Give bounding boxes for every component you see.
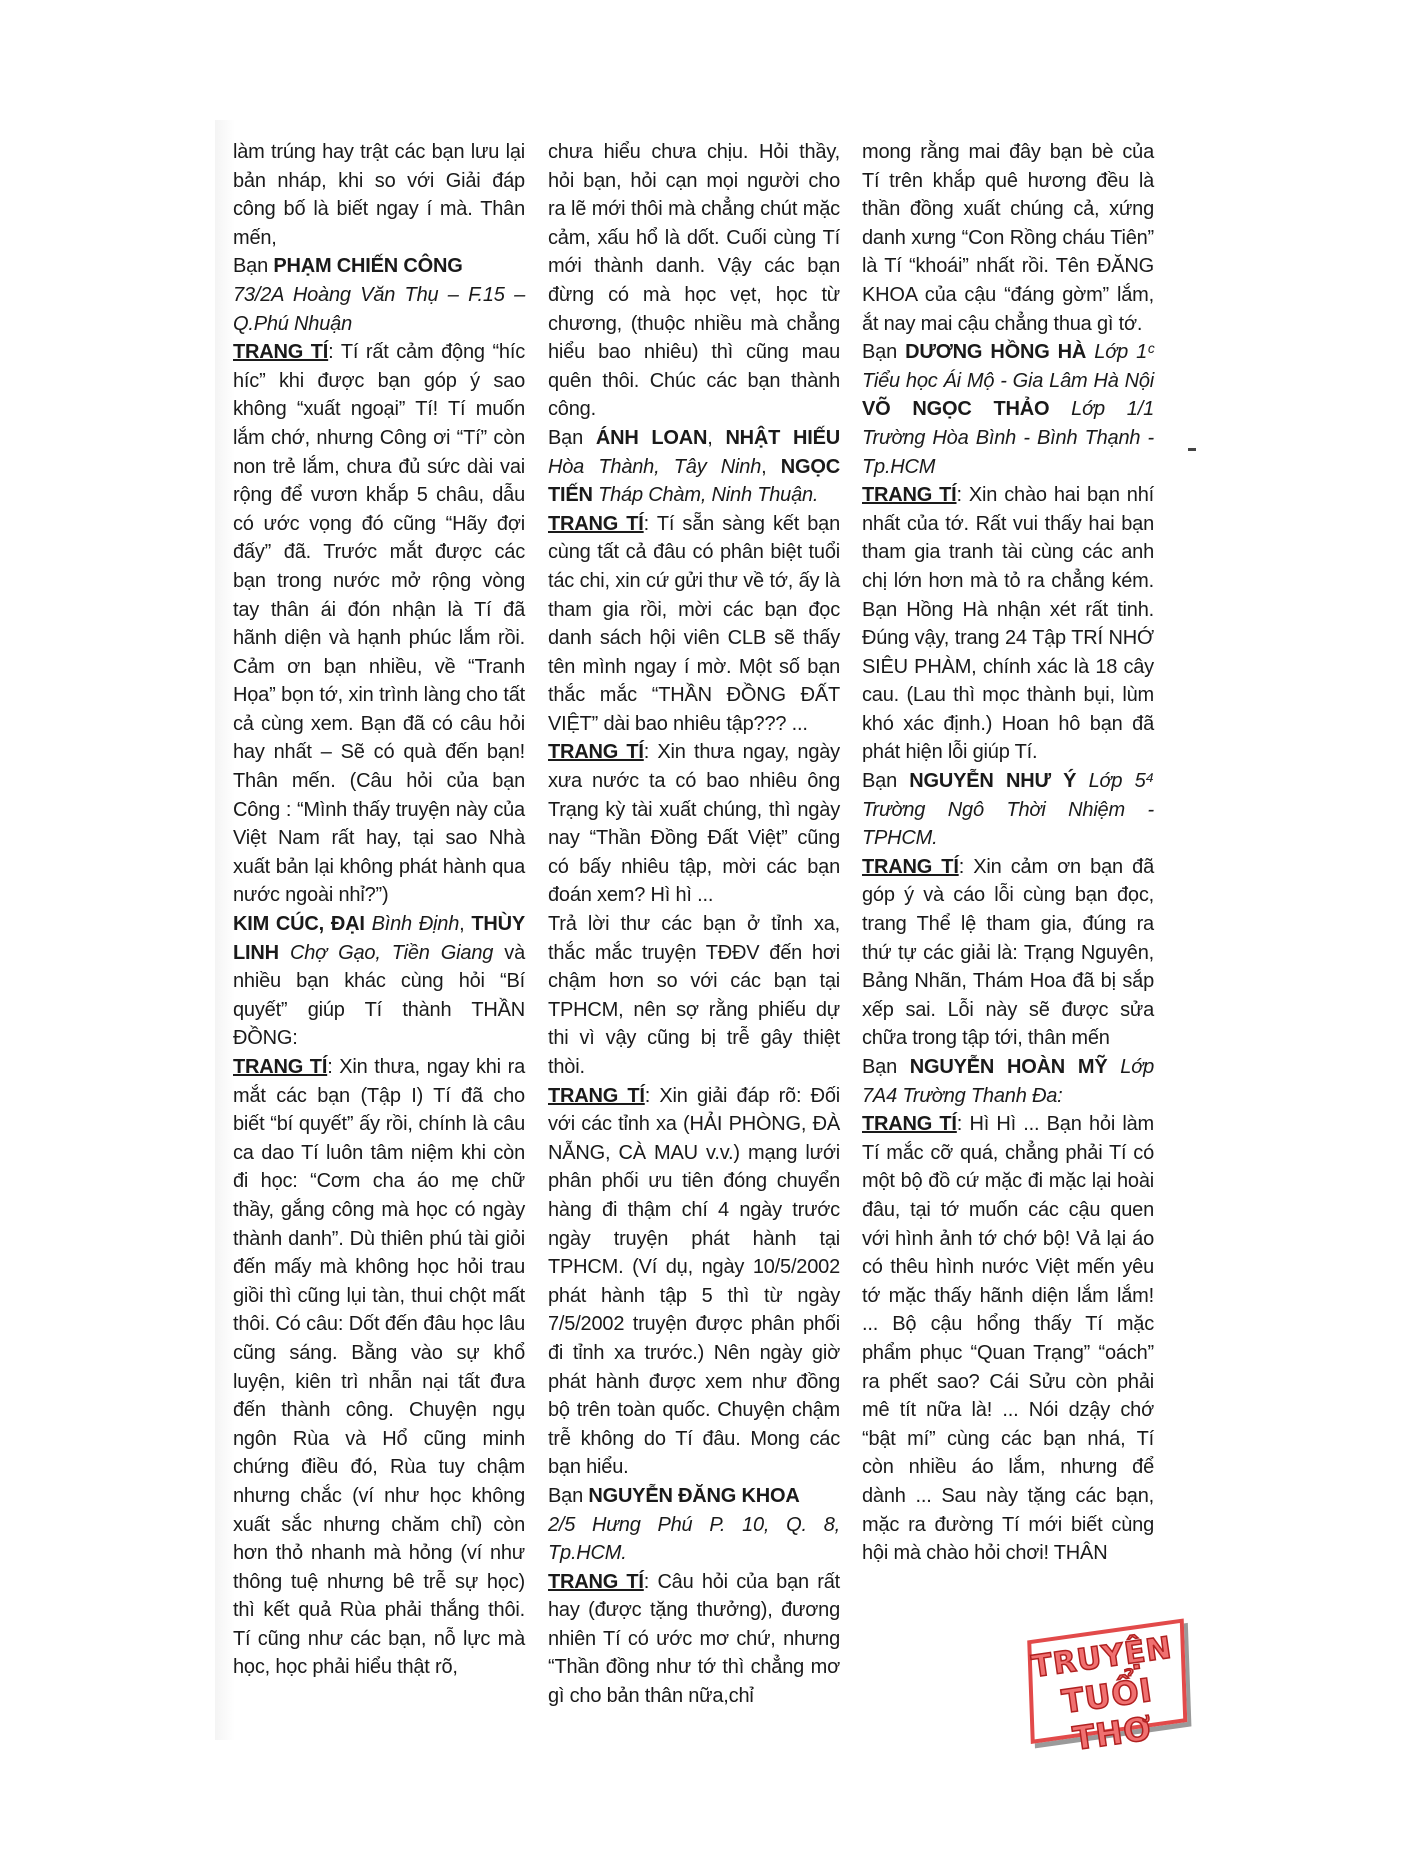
trang-ti-label: TRANG TÍ xyxy=(862,856,959,878)
reader-address: 73/2A Hoàng Văn Thụ – F.15 – Q.Phú Nhuận xyxy=(233,284,525,335)
text-column-2: chưa hiểu chưa chịu. Hỏi thầy, hỏi bạn, … xyxy=(548,138,840,1711)
paragraph: TRANG TÍ: Hì Hì ... Bạn hỏi làm Tí mắc c… xyxy=(862,1110,1154,1568)
paragraph: TRANG TÍ: Xin cảm ơn bạn đã góp ý và cáo… xyxy=(862,853,1154,1053)
paragraph: TRANG TÍ: Câu hỏi của bạn rất hay (được … xyxy=(548,1568,840,1711)
magazine-page: làm trúng hay trật các bạn lưu lại bản n… xyxy=(0,0,1404,1872)
reader-name: NGUYỄN NHƯ Ý xyxy=(909,770,1076,792)
body-text: Bạn xyxy=(862,341,905,363)
reader-name: ÁNH LOAN xyxy=(596,427,707,449)
body-text: chưa hiểu chưa chịu. Hỏi thầy, hỏi bạn, … xyxy=(548,141,840,420)
text-column-1: làm trúng hay trật các bạn lưu lại bản n… xyxy=(233,138,525,1682)
trang-ti-label: TRANG TÍ xyxy=(862,1113,957,1135)
body-text: Bạn xyxy=(862,770,909,792)
body-text: : Xin cảm ơn bạn đã góp ý và cáo lỗi cùn… xyxy=(862,856,1154,1050)
trang-ti-label: TRANG TÍ xyxy=(233,1056,327,1078)
reader-name: DƯƠNG HỒNG HÀ xyxy=(905,341,1086,363)
reader-address: 2/5 Hưng Phú P. 10, Q. 8, Tp.HCM. xyxy=(548,1514,840,1565)
paragraph: TRANG TÍ: Xin thưa, ngay khi ra mắt các … xyxy=(233,1053,525,1682)
page-gutter-shadow xyxy=(215,120,235,1740)
paragraph: Bạn PHẠM CHIẾN CÔNG xyxy=(233,252,525,281)
reader-name: VÕ NGỌC THẢO xyxy=(862,398,1049,420)
reader-name: NHẬT HIẾU xyxy=(725,427,840,449)
paragraph: TRANG TÍ: Xin thưa ngay, ngày xưa nước t… xyxy=(548,738,840,910)
paragraph: TRANG TÍ: Xin chào hai bạn nhí nhất của … xyxy=(862,481,1154,767)
paragraph: Bạn NGUYỄN ĐĂNG KHOA xyxy=(548,1482,840,1511)
trang-ti-label: TRANG TÍ xyxy=(548,1571,644,1593)
trang-ti-label: TRANG TÍ xyxy=(548,741,644,763)
truyen-tuoi-tho-logo: TRUYỆN TUỔI THƠ xyxy=(1013,1611,1197,1749)
paragraph: TRANG TÍ: Xin giải đáp rõ: Đối với các t… xyxy=(548,1082,840,1482)
trang-ti-label: TRANG TÍ xyxy=(862,484,957,506)
body-text: làm trúng hay trật các bạn lưu lại bản n… xyxy=(233,141,525,249)
paragraph: làm trúng hay trật các bạn lưu lại bản n… xyxy=(233,138,525,252)
body-text: : Xin thưa, ngay khi ra mắt các bạn (Tập… xyxy=(233,1056,525,1678)
body-text: , xyxy=(459,913,471,935)
reader-name: NGUYỄN ĐĂNG KHOA xyxy=(588,1485,799,1507)
body-text: , xyxy=(761,456,781,478)
body-text: Bạn xyxy=(548,1485,588,1507)
body-text: Bạn xyxy=(548,427,596,449)
paragraph: TRANG TÍ: Tí sẵn sàng kết bạn cùng tất c… xyxy=(548,510,840,739)
body-text: mong rằng mai đây bạn bè của Tí trên khắ… xyxy=(862,141,1154,335)
reader-address: Chợ Gạo, Tiền Giang xyxy=(279,942,493,964)
paragraph: 73/2A Hoàng Văn Thụ – F.15 – Q.Phú Nhuận xyxy=(233,281,525,338)
reader-address: Tháp Chàm, Ninh Thuận. xyxy=(593,484,819,506)
paragraph: Bạn NGUYỄN HOÀN MỸ Lớp 7A4 Trường Thanh … xyxy=(862,1053,1154,1110)
body-text: : Hì Hì ... Bạn hỏi làm Tí mắc cỡ quá, c… xyxy=(862,1113,1154,1564)
trang-ti-label: TRANG TÍ xyxy=(233,341,328,363)
reader-name: NGUYỄN HOÀN MỸ xyxy=(910,1056,1108,1078)
paragraph: Bạn DƯƠNG HỒNG HÀ Lớp 1ᶜ Tiểu học Ái Mộ … xyxy=(862,338,1154,481)
body-text: Trả lời thư các bạn ở tỉnh xa, thắc mắc … xyxy=(548,913,840,1078)
trang-ti-label: TRANG TÍ xyxy=(548,513,644,535)
paragraph: TRANG TÍ: Tí rất cảm động “híc híc” khi … xyxy=(233,338,525,910)
text-column-3: mong rằng mai đây bạn bè của Tí trên khắ… xyxy=(862,138,1154,1568)
paragraph: chưa hiểu chưa chịu. Hỏi thầy, hỏi bạn, … xyxy=(548,138,840,424)
trang-ti-label: TRANG TÍ xyxy=(548,1085,645,1107)
body-text: : Xin thưa ngay, ngày xưa nước ta có bao… xyxy=(548,741,840,906)
paragraph: Bạn ÁNH LOAN, NHẬT HIẾU Hòa Thành, Tây N… xyxy=(548,424,840,510)
body-text: , xyxy=(707,427,725,449)
body-text: : Xin chào hai bạn nhí nhất của tớ. Rất … xyxy=(862,484,1154,763)
paragraph: 2/5 Hưng Phú P. 10, Q. 8, Tp.HCM. xyxy=(548,1511,840,1568)
reader-name: KIM CÚC, ĐẠI xyxy=(233,913,365,935)
paragraph: KIM CÚC, ĐẠI Bình Định, THÙY LINH Chợ Gạ… xyxy=(233,910,525,1053)
body-text: Bạn xyxy=(233,255,273,277)
paragraph: mong rằng mai đây bạn bè của Tí trên khắ… xyxy=(862,138,1154,338)
paragraph: Trả lời thư các bạn ở tỉnh xa, thắc mắc … xyxy=(548,910,840,1082)
reader-address: Hòa Thành, Tây Ninh xyxy=(548,456,761,478)
body-text: : Xin giải đáp rõ: Đối với các tỉnh xa (… xyxy=(548,1085,840,1479)
body-text: Bạn xyxy=(862,1056,910,1078)
body-text: : Tí sẵn sàng kết bạn cùng tất cả đâu có… xyxy=(548,513,840,735)
margin-mark xyxy=(1188,448,1196,451)
reader-address: Bình Định xyxy=(365,913,459,935)
body-text: : Tí rất cảm động “híc híc” khi được bạn… xyxy=(233,341,525,906)
paragraph: Bạn NGUYỄN NHƯ Ý Lớp 5⁴ Trường Ngô Thời … xyxy=(862,767,1154,853)
reader-name: PHẠM CHIẾN CÔNG xyxy=(273,255,462,277)
